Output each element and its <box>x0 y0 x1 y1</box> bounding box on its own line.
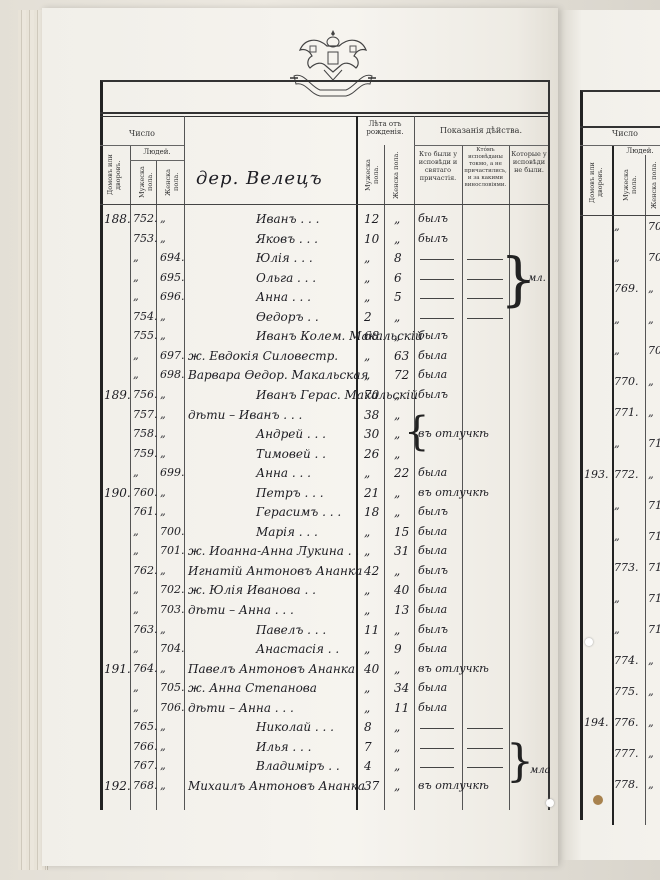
male-number: „ <box>614 313 620 327</box>
male-number: 755. <box>133 329 158 343</box>
header-not-confessed: Которые у исповѣди не были. <box>510 150 548 174</box>
confession-status: былъ <box>418 388 448 402</box>
age-female: „ <box>394 486 400 500</box>
female-number: „ <box>160 564 166 578</box>
male-number: „ <box>133 251 139 265</box>
female-number: 700. <box>160 525 185 539</box>
header-households: Домовъ или дворовъ. <box>106 150 124 200</box>
age-male: 4 <box>364 759 372 773</box>
brace: { <box>404 412 429 452</box>
female-number: „ <box>160 662 166 676</box>
age-female: „ <box>394 623 400 637</box>
female-number: „ <box>648 375 654 389</box>
person-name: Владиміръ . . <box>256 759 340 773</box>
brace-note: мл. <box>528 272 546 286</box>
col-divider <box>645 155 646 825</box>
header-people: Людей. <box>130 148 184 156</box>
male-number: 770. <box>614 375 639 389</box>
female-number: „ <box>648 313 654 327</box>
female-number: 71 <box>648 561 660 575</box>
male-number: 775. <box>614 685 639 699</box>
status-dash <box>467 728 503 729</box>
household-number: 191. <box>104 662 131 676</box>
male-number: „ <box>133 544 139 558</box>
male-number: 760. <box>133 486 158 500</box>
age-male: 12 <box>364 212 379 226</box>
female-number: „ <box>648 654 654 668</box>
age-male: „ <box>364 525 370 539</box>
age-male: 30 <box>364 427 379 441</box>
female-number: 709. <box>648 344 660 358</box>
female-number: „ <box>160 310 166 324</box>
age-male: „ <box>364 642 370 656</box>
household-number: 188. <box>104 212 131 226</box>
status-dash <box>467 748 503 749</box>
age-female: 5 <box>394 290 402 304</box>
row-rule <box>100 204 550 205</box>
female-number: 704. <box>160 642 185 656</box>
age-female: „ <box>394 427 400 441</box>
age-female: 63 <box>394 349 409 363</box>
person-name: Петръ . . . <box>256 486 324 500</box>
age-male: 26 <box>364 447 379 461</box>
age-male: 11 <box>364 623 379 637</box>
male-number: „ <box>133 466 139 480</box>
person-name: Анна . . . <box>256 466 311 480</box>
confession-status: была <box>418 349 447 363</box>
female-number: 695. <box>160 271 185 285</box>
person-name: Тимовей . . <box>256 447 326 461</box>
male-number: „ <box>614 344 620 358</box>
age-female: 9 <box>394 642 402 656</box>
male-number: 762. <box>133 564 158 578</box>
male-number: „ <box>133 681 139 695</box>
age-female: „ <box>394 759 400 773</box>
confession-status: была <box>418 642 447 656</box>
row-rule <box>414 145 548 146</box>
person-name: ж. Евдокія Силовестр. <box>188 349 338 363</box>
confession-status: былъ <box>418 212 448 226</box>
female-number: 698. <box>160 368 185 382</box>
male-number: „ <box>614 623 620 637</box>
row-rule <box>100 145 184 146</box>
age-female: „ <box>394 740 400 754</box>
female-number: „ <box>160 740 166 754</box>
page-hole <box>585 638 593 646</box>
person-name: Илья . . . <box>256 740 311 754</box>
confession-status: была <box>418 583 447 597</box>
female-number: „ <box>648 778 654 792</box>
age-male: „ <box>364 681 370 695</box>
age-male: „ <box>364 349 370 363</box>
male-number: „ <box>614 499 620 513</box>
female-number: 708. <box>648 251 660 265</box>
age-male: 8 <box>364 720 372 734</box>
female-number: „ <box>160 759 166 773</box>
village-title: дер. Велецъ <box>196 168 323 189</box>
person-name: Варвара Өедор. Макальская <box>188 368 368 382</box>
male-number: „ <box>614 220 620 234</box>
header-rule-thin <box>100 116 550 117</box>
female-number: „ <box>648 747 654 761</box>
age-female: „ <box>394 564 400 578</box>
female-number: 701. <box>160 544 185 558</box>
header-male: Мужеска пола. <box>138 162 150 202</box>
confession-status: былъ <box>418 623 448 637</box>
age-male: 18 <box>364 505 379 519</box>
row-rule <box>580 145 660 146</box>
age-female: 40 <box>394 583 409 597</box>
header-age-female: Женска пола. <box>392 150 404 200</box>
header-confessed: Кто были у исповѣди и святаго причастія. <box>415 150 461 182</box>
age-female: „ <box>394 720 400 734</box>
age-male: „ <box>364 251 370 265</box>
age-female: „ <box>394 505 400 519</box>
age-male: „ <box>364 290 370 304</box>
household-number: 192. <box>104 779 131 793</box>
confession-status: была <box>418 603 447 617</box>
male-number: 752. <box>133 212 158 226</box>
header-number: Число <box>100 130 184 138</box>
header-male: Мужеска пола. <box>622 160 634 210</box>
male-number: „ <box>133 290 139 304</box>
male-number: „ <box>133 368 139 382</box>
page-stain <box>593 795 603 805</box>
female-number: 702. <box>160 583 185 597</box>
col-divider <box>130 145 131 810</box>
female-number: „ <box>160 779 166 793</box>
male-number: „ <box>614 437 620 451</box>
age-male: 70 <box>364 388 379 402</box>
age-male: 10 <box>364 232 379 246</box>
age-female: „ <box>394 388 400 402</box>
confession-status: была <box>418 701 447 715</box>
header-rule <box>100 112 550 114</box>
age-female: „ <box>394 779 400 793</box>
status-dash <box>420 318 454 319</box>
row-rule <box>580 215 660 216</box>
male-number: 766. <box>133 740 158 754</box>
male-number: 757. <box>133 408 158 422</box>
female-number: 707. <box>648 220 660 234</box>
header-confessed-only: Кто́мъ исповѣданы токмо, а не причастили… <box>463 147 508 189</box>
male-number: 773. <box>614 561 639 575</box>
person-name: Ольга . . . <box>256 271 316 285</box>
female-number: „ <box>160 720 166 734</box>
male-number: „ <box>614 592 620 606</box>
age-female: „ <box>394 232 400 246</box>
household-number: 190. <box>104 486 131 500</box>
male-number: „ <box>133 701 139 715</box>
age-male: 2 <box>364 310 372 324</box>
male-number: 753. <box>133 232 158 246</box>
status-dash <box>467 298 503 299</box>
person-name: Өедоръ . . <box>256 310 319 324</box>
female-number: „ <box>648 282 654 296</box>
person-name: Герасимъ . . . <box>256 505 341 519</box>
person-name: Иванъ . . . <box>256 212 319 226</box>
row-rule <box>130 160 184 161</box>
person-name: ж. Анна Степанова <box>188 681 317 695</box>
female-number: „ <box>160 427 166 441</box>
person-name: дѣти – Иванъ . . . <box>188 408 302 422</box>
status-dash <box>420 279 454 280</box>
person-name: Павелъ . . . <box>256 623 326 637</box>
male-number: 768. <box>133 779 158 793</box>
col-divider <box>384 145 385 810</box>
confession-status: былъ <box>418 329 448 343</box>
person-name: дѣти – Анна . . . <box>188 701 294 715</box>
male-number: 772. <box>614 468 639 482</box>
female-number: „ <box>160 212 166 226</box>
age-male: 37 <box>364 779 379 793</box>
age-male: 38 <box>364 408 379 422</box>
col-divider <box>414 116 415 810</box>
male-number: 758. <box>133 427 158 441</box>
male-number: 776. <box>614 716 639 730</box>
age-male: 40 <box>364 662 379 676</box>
confession-status: была <box>418 525 447 539</box>
household-number: 189. <box>104 388 131 402</box>
female-number: „ <box>160 486 166 500</box>
age-female: 31 <box>394 544 409 558</box>
male-number: 774. <box>614 654 639 668</box>
age-male: „ <box>364 544 370 558</box>
age-female: „ <box>394 447 400 461</box>
confession-status: была <box>418 681 447 695</box>
female-number: „ <box>648 468 654 482</box>
male-number: „ <box>133 271 139 285</box>
person-name: Марія . . . <box>256 525 318 539</box>
confession-status: была <box>418 544 447 558</box>
person-name: дѣти – Анна . . . <box>188 603 294 617</box>
male-number: 759. <box>133 447 158 461</box>
status-dash <box>420 767 454 768</box>
confession-status: была <box>418 466 447 480</box>
col-divider <box>462 145 463 810</box>
female-number: 705. <box>160 681 185 695</box>
household-number: 194. <box>584 716 609 730</box>
male-number: „ <box>133 525 139 539</box>
female-number: „ <box>160 408 166 422</box>
male-number: 764. <box>133 662 158 676</box>
male-number: „ <box>133 642 139 656</box>
person-name: ж. Юлія Иванова . . <box>188 583 316 597</box>
person-name: Анастасія . . <box>256 642 339 656</box>
male-number: „ <box>133 583 139 597</box>
age-male: „ <box>364 271 370 285</box>
age-female: „ <box>394 329 400 343</box>
age-male: 42 <box>364 564 379 578</box>
male-number: 754. <box>133 310 158 324</box>
female-number: 711. <box>648 499 660 513</box>
header-age: Лѣта отъ рожденія. <box>356 120 414 136</box>
confession-status: былъ <box>418 232 448 246</box>
age-female: „ <box>394 662 400 676</box>
status-dash <box>467 279 503 280</box>
female-number: „ <box>160 447 166 461</box>
female-number: 71 <box>648 592 660 606</box>
confession-status: въ отлучкѣ <box>418 486 489 500</box>
age-female: 15 <box>394 525 409 539</box>
confession-status: была <box>418 368 447 382</box>
male-number: 767. <box>133 759 158 773</box>
age-male: „ <box>364 466 370 480</box>
age-female: 22 <box>394 466 409 480</box>
female-number: „ <box>160 232 166 246</box>
person-name: Игнатій Антоновъ Ананка <box>188 564 362 578</box>
female-number: „ <box>160 505 166 519</box>
age-male: „ <box>364 701 370 715</box>
person-name: Андрей . . . <box>256 427 326 441</box>
male-number: 771. <box>614 406 639 420</box>
status-dash <box>467 767 503 768</box>
male-number: „ <box>614 251 620 265</box>
header-people: Людей. <box>615 147 660 155</box>
male-number: 761. <box>133 505 158 519</box>
household-number: 193. <box>584 468 609 482</box>
age-female: „ <box>394 310 400 324</box>
male-number: 763. <box>133 623 158 637</box>
age-male: „ <box>364 368 370 382</box>
person-name: Павелъ Антоновъ Ананка <box>188 662 355 676</box>
person-name: Михаилъ Антоновъ Ананка <box>188 779 365 793</box>
age-female: 6 <box>394 271 402 285</box>
person-name: ж. Иоанна-Анна Лукина . . <box>188 544 359 558</box>
status-dash <box>420 298 454 299</box>
age-female: 13 <box>394 603 409 617</box>
female-number: „ <box>160 388 166 402</box>
person-name: Яковъ . . . <box>256 232 318 246</box>
person-name: Николай . . . <box>256 720 334 734</box>
age-male: 68 <box>364 329 379 343</box>
age-female: „ <box>394 212 400 226</box>
male-number: „ <box>614 530 620 544</box>
male-number: „ <box>133 349 139 363</box>
female-number: „ <box>648 685 654 699</box>
col-divider <box>356 116 358 810</box>
status-dash <box>420 259 454 260</box>
confession-status: въ отлучкѣ <box>418 779 489 793</box>
female-number: „ <box>648 406 654 420</box>
female-number: 703. <box>160 603 185 617</box>
header-age-male: Мужеска пола. <box>364 150 376 200</box>
status-dash <box>420 748 454 749</box>
age-female: „ <box>394 408 400 422</box>
age-male: 21 <box>364 486 379 500</box>
age-female: 34 <box>394 681 409 695</box>
header-female: Женска пола. <box>650 160 660 210</box>
age-female: 8 <box>394 251 402 265</box>
header-female: Женска пола. <box>164 162 176 202</box>
male-number: 769. <box>614 282 639 296</box>
female-number: „ <box>648 716 654 730</box>
female-number: 710. <box>648 437 660 451</box>
age-female: 11 <box>394 701 409 715</box>
confession-status: въ отлучкѣ <box>418 662 489 676</box>
person-name: Анна . . . <box>256 290 311 304</box>
header-households: Домовъ или дворовъ. <box>588 155 606 210</box>
person-name: Юлія . . . <box>256 251 313 265</box>
age-male: „ <box>364 603 370 617</box>
status-dash <box>420 728 454 729</box>
page-hole <box>546 799 554 807</box>
age-male: „ <box>364 583 370 597</box>
age-female: 72 <box>394 368 409 382</box>
female-number: 71 <box>648 623 660 637</box>
header-action: Показанія дѣйства. <box>414 127 548 135</box>
female-number: „ <box>160 329 166 343</box>
female-number: 696. <box>160 290 185 304</box>
male-number: 765. <box>133 720 158 734</box>
age-male: 7 <box>364 740 372 754</box>
male-number: 777. <box>614 747 639 761</box>
female-number: „ <box>160 623 166 637</box>
female-number: 694. <box>160 251 185 265</box>
confession-status: былъ <box>418 505 448 519</box>
male-number: 756. <box>133 388 158 402</box>
male-number: „ <box>133 603 139 617</box>
header-rule <box>580 126 660 128</box>
status-dash <box>467 259 503 260</box>
female-number: 706. <box>160 701 185 715</box>
brace-note: мла <box>530 764 551 778</box>
male-number: 778. <box>614 778 639 792</box>
confession-status: былъ <box>418 564 448 578</box>
female-number: 699. <box>160 466 185 480</box>
header-number: Число <box>585 130 660 138</box>
female-number: 712. <box>648 530 660 544</box>
status-dash <box>467 318 503 319</box>
female-number: 697. <box>160 349 185 363</box>
